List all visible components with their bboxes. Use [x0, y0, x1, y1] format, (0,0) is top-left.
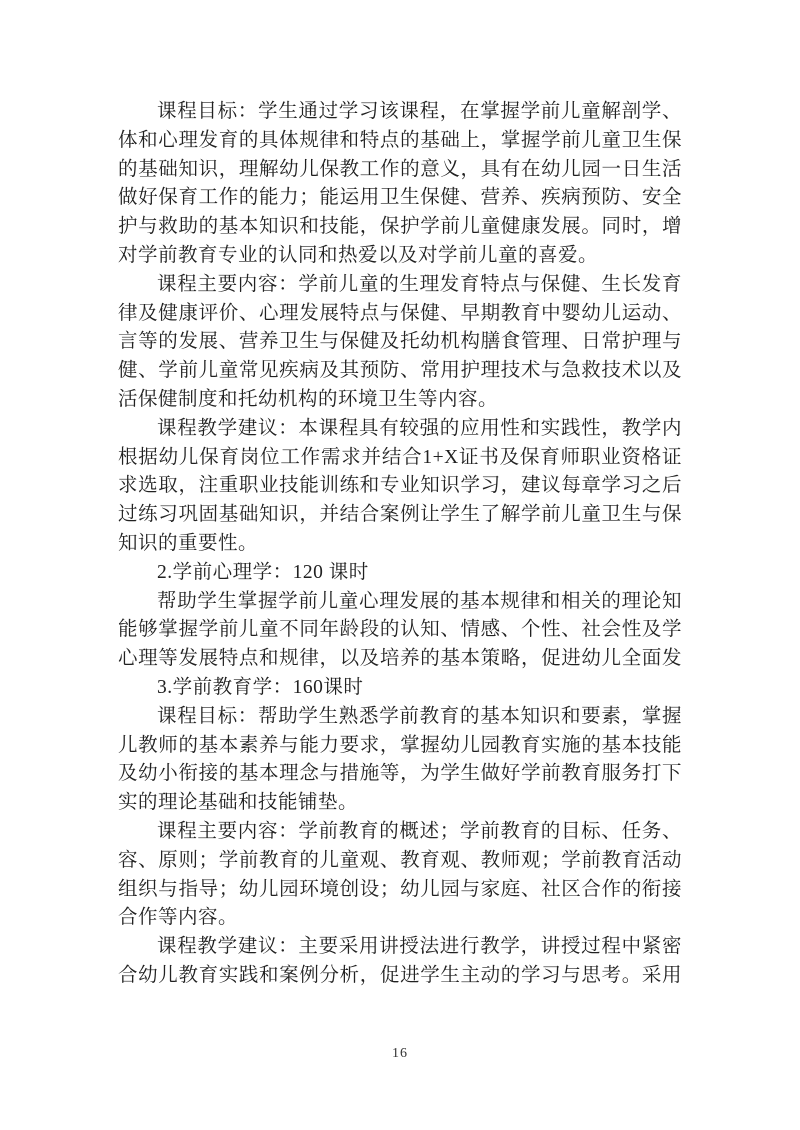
text-line: 课程目标：帮助学生熟悉学前教育的基本知识和要素，掌握幼: [118, 703, 682, 732]
text-line: 课程教学建议：主要采用讲授法进行教学，讲授过程中紧密结: [118, 933, 682, 962]
text-line: 知识的重要性。: [118, 530, 682, 559]
text-line: 求选取，注重职业技能训练和专业知识学习，建议每章学习之后通: [118, 472, 682, 501]
text-line: 及幼小衔接的基本理念与措施等，为学生做好学前教育服务打下坚: [118, 760, 682, 789]
text-line: 做好保育工作的能力；能运用卫生保健、营养、疾病预防、安全防: [118, 184, 682, 213]
page-number: 16: [392, 1046, 408, 1061]
text-line: 言等的发展、营养卫生与保健及托幼机构膳食管理、日常护理与保: [118, 328, 682, 357]
text-line: 课程教学建议：本课程具有较强的应用性和实践性，教学内容: [118, 415, 682, 444]
text-line: 根据幼儿保育岗位工作需求并结合1+X证书及保育师职业资格证书要: [118, 444, 682, 473]
section-heading-line: 2.学前心理学：120 课时: [118, 559, 682, 588]
page-footer: 16: [0, 1044, 800, 1062]
text-line: 儿教师的基本素养与能力要求，掌握幼儿园教育实施的基本技能以: [118, 732, 682, 761]
text-line: 容、原则；学前教育的儿童观、教育观、教师观；学前教育活动的: [118, 847, 682, 876]
text-line: 护与救助的基本知识和技能，保护学前儿童健康发展。同时，增强: [118, 213, 682, 242]
text-line: 帮助学生掌握学前儿童心理发展的基本规律和相关的理论知识，: [118, 588, 682, 617]
text-line: 对学前教育专业的认同和热爱以及对学前儿童的喜爱。: [118, 242, 682, 271]
text-line: 课程主要内容：学前教育的概述；学前教育的目标、任务、内: [118, 818, 682, 847]
text-line: 活保健制度和托幼机构的环境卫生等内容。: [118, 386, 682, 415]
text-line: 课程主要内容：学前儿童的生理发育特点与保健、生长发育规: [118, 271, 682, 300]
text-line: 健、学前儿童常见疾病及其预防、常用护理技术与急救技术以及生: [118, 357, 682, 386]
text-line: 组织与指导；幼儿园环境创设；幼儿园与家庭、社区合作的衔接与: [118, 876, 682, 905]
text-line: 的基础知识，理解幼儿保教工作的意义，具有在幼儿园一日生活中: [118, 156, 682, 185]
text-line: 心理等发展特点和规律，以及培养的基本策略，促进幼儿全面发展。: [118, 645, 682, 674]
text-line: 能够掌握学前儿童不同年龄段的认知、情感、个性、社会性及学习: [118, 616, 682, 645]
text-line: 合幼儿教育实践和案例分析，促进学生主动的学习与思考。采用闭: [118, 962, 682, 991]
section-heading-line: 3.学前教育学：160课时: [118, 674, 682, 703]
text-line: 课程目标：学生通过学习该课程，在掌握学前儿童解剖学、身: [118, 98, 682, 127]
text-block: 课程目标：学生通过学习该课程，在掌握学前儿童解剖学、身 体和心理发育的具体规律和…: [118, 98, 682, 991]
text-line: 实的理论基础和技能铺垫。: [118, 789, 682, 818]
text-line: 过练习巩固基础知识，并结合案例让学生了解学前儿童卫生与保健: [118, 501, 682, 530]
document-page: 课程目标：学生通过学习该课程，在掌握学前儿童解剖学、身 体和心理发育的具体规律和…: [0, 0, 800, 1130]
text-line: 律及健康评价、心理发展特点与保健、早期教育中婴幼儿运动、语: [118, 300, 682, 329]
text-line: 体和心理发育的具体规律和特点的基础上，掌握学前儿童卫生保健: [118, 127, 682, 156]
text-line: 合作等内容。: [118, 904, 682, 933]
